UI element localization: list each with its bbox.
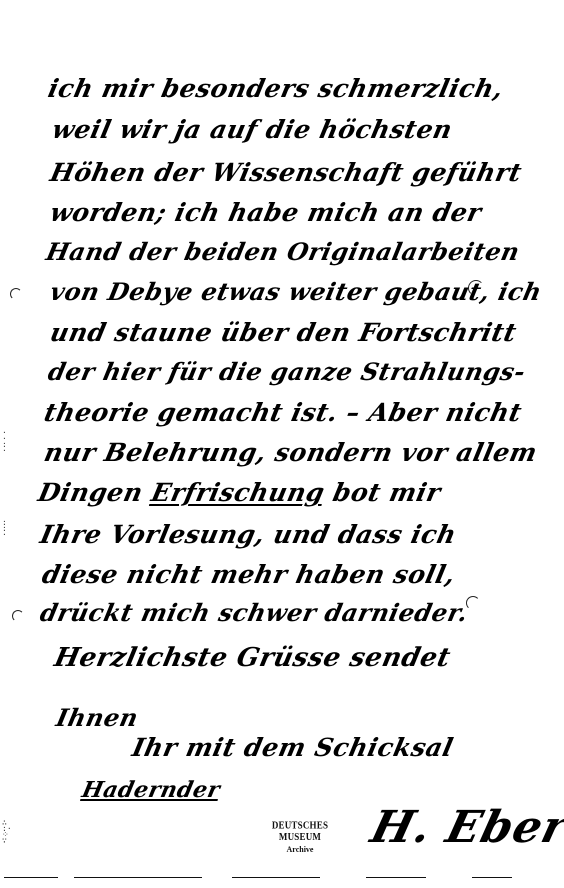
scan-speckle: ∴:·⁘∵ [2, 820, 16, 844]
letter-line: diese nicht mehr haben soll, [40, 562, 458, 587]
bottom-rule [232, 877, 320, 878]
letter-line: Höhen der Wissenschaft geführt [48, 160, 524, 185]
underlined-word: Erfrischung [149, 478, 328, 507]
bottom-rule [472, 877, 512, 878]
scan-speckle: ··:· [2, 430, 16, 454]
closing-line: Hadernder [80, 779, 222, 801]
margin-mark-icon [10, 288, 22, 300]
letter-line: der hier für die ganze Strahlungs- [46, 360, 528, 384]
letter-line: theorie gemacht ist. – Aber nicht [42, 400, 524, 425]
signature: H. Ebert. [367, 806, 564, 850]
letter-line-erfrischung: Dingen Erfrischung bot mir [36, 480, 443, 505]
letter-line: Hand der beiden Originalarbeiten [44, 240, 522, 264]
closing-line: Ihnen [54, 706, 140, 730]
margin-mark-icon [12, 610, 24, 622]
letter-line: nur Belehrung, sondern vor allem [42, 440, 540, 465]
letter-line: Herzlichste Grüsse sendet [52, 645, 453, 671]
letter-line: ich mir besonders schmerzlich, [46, 76, 506, 101]
scan-speckle: ::· [2, 520, 16, 538]
letter-line: von Debye etwas weiter gebaut, ich [48, 280, 544, 304]
stamp-subtitle: Archive [252, 845, 348, 854]
stamp-title: DEUTSCHES MUSEUM [252, 820, 348, 843]
letter-line: worden; ich habe mich an der [48, 200, 484, 225]
archive-stamp: DEUTSCHES MUSEUM Archive [252, 821, 348, 854]
line-text: Dingen [36, 478, 155, 507]
bottom-rule [74, 877, 202, 878]
closing-line: Ihr mit dem Schicksal [130, 735, 456, 760]
bottom-rule [366, 877, 426, 878]
letter-line: drückt mich schwer darnieder. [38, 601, 470, 625]
bottom-rule [4, 877, 58, 878]
letter-line: und staune über den Fortschritt [48, 320, 519, 345]
letter-line: Ihre Vorlesung, und dass ich [38, 522, 459, 547]
letter-line: weil wir ja auf die höchsten [50, 117, 455, 142]
letter-page: ich mir besonders schmerzlich, weil wir … [0, 0, 564, 888]
line-text: bot mir [321, 478, 443, 507]
